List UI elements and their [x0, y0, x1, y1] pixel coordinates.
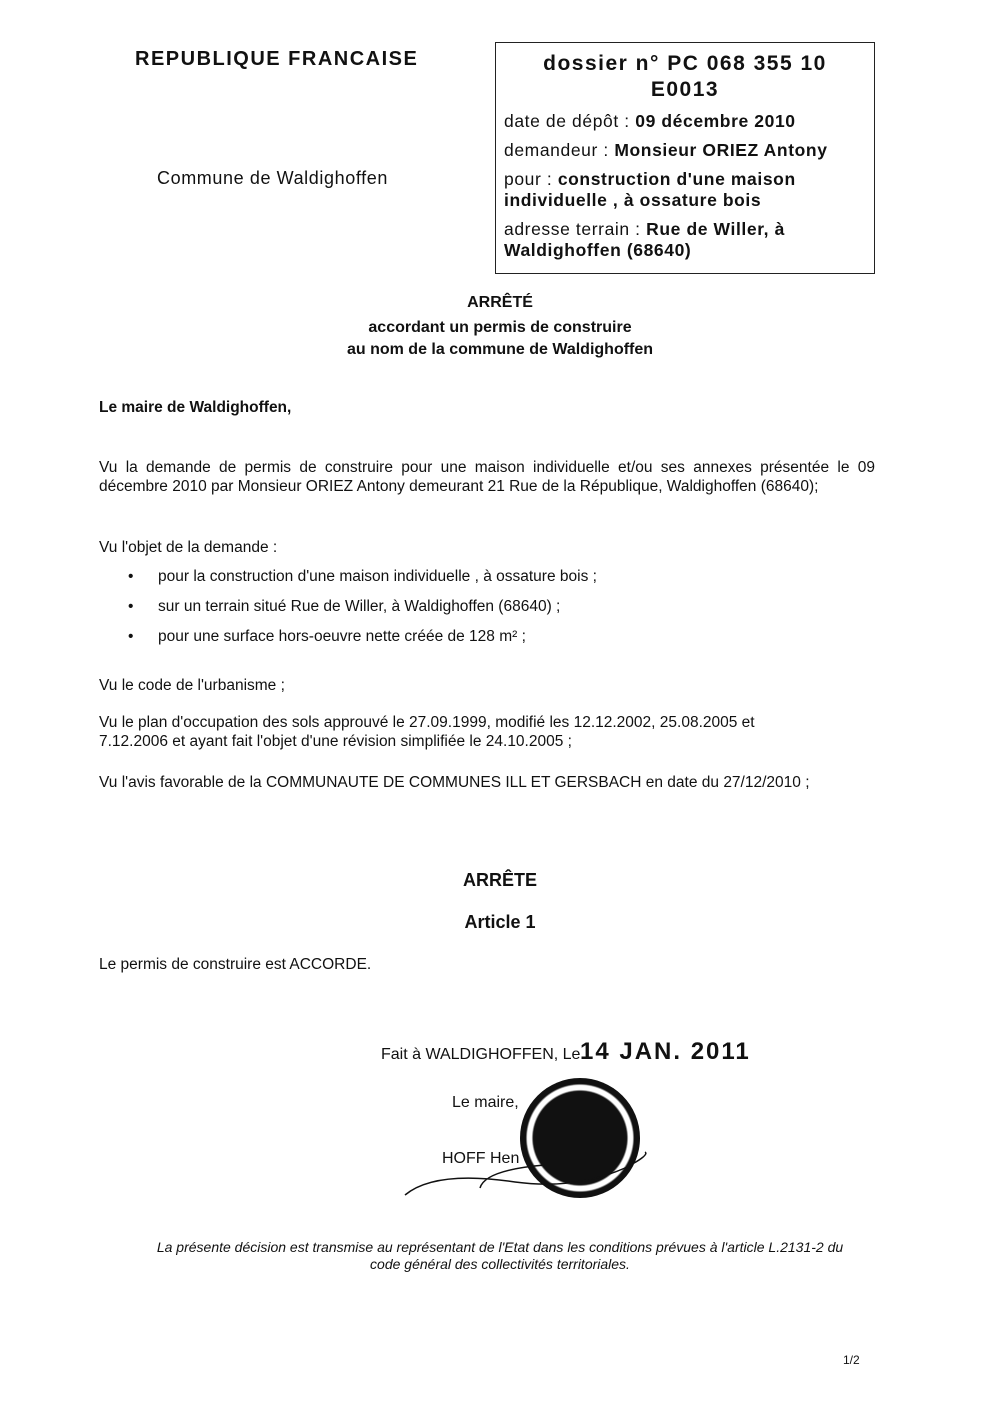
- le-maire: Le maire,: [452, 1094, 519, 1112]
- pour-label: pour :: [504, 169, 558, 189]
- date-depot-row: date de dépôt : 09 décembre 2010: [496, 111, 874, 132]
- arrete-title: ARRÊTÉ: [0, 293, 1000, 312]
- article-1-heading: Article 1: [0, 912, 1000, 933]
- demandeur-value: Monsieur ORIEZ Antony: [614, 140, 827, 160]
- dossier-box: dossier n° PC 068 355 10 E0013 date de d…: [495, 42, 875, 274]
- vu-objet: Vu l'objet de la demande :: [99, 538, 875, 557]
- arrete-subtitle-1: accordant un permis de construire: [0, 318, 1000, 337]
- vu-avis: Vu l'avis favorable de la COMMUNAUTE DE …: [99, 773, 875, 792]
- dossier-number: dossier n° PC 068 355 10 E0013: [496, 51, 874, 103]
- demandeur-label: demandeur :: [504, 140, 614, 160]
- bullet-icon: •: [128, 568, 133, 586]
- dossier-number-line1: dossier n° PC 068 355 10: [496, 51, 874, 77]
- vu-demande: Vu la demande de permis de construire po…: [99, 458, 875, 496]
- vu-code: Vu le code de l'urbanisme ;: [99, 676, 875, 695]
- adresse-label: adresse terrain :: [504, 219, 646, 239]
- page-number: 1/2: [843, 1353, 860, 1367]
- commune-name: Commune de Waldighoffen: [157, 168, 388, 189]
- date-stamp: 14 JAN. 2011: [580, 1038, 751, 1066]
- footer-line-1: La présente décision est transmise au re…: [0, 1238, 1000, 1256]
- arrete-subtitle-2: au nom de la commune de Waldighoffen: [0, 340, 1000, 359]
- list-item: pour la construction d'une maison indivi…: [158, 568, 597, 586]
- fait-a: Fait à WALDIGHOFFEN, Le: [381, 1046, 580, 1064]
- demandeur-row: demandeur : Monsieur ORIEZ Antony: [496, 140, 874, 161]
- date-depot-value: 09 décembre 2010: [635, 111, 795, 131]
- maire-heading: Le maire de Waldighoffen,: [99, 398, 875, 417]
- adresse-row: adresse terrain : Rue de Willer, à Waldi…: [496, 219, 874, 261]
- dossier-number-line2: E0013: [496, 77, 874, 103]
- list-item: sur un terrain situé Rue de Willer, à Wa…: [158, 598, 560, 616]
- footer-line-2: code général des collectivités territori…: [0, 1255, 1000, 1273]
- arrete-heading: ARRÊTE: [0, 870, 1000, 891]
- republique-francaise-heading: REPUBLIQUE FRANCAISE: [135, 48, 418, 71]
- pour-row: pour : construction d'une maison individ…: [496, 169, 874, 211]
- vu-plan: Vu le plan d'occupation des sols approuv…: [99, 713, 779, 751]
- list-item: pour une surface hors-oeuvre nette créée…: [158, 628, 526, 646]
- bullet-icon: •: [128, 628, 133, 646]
- bullet-icon: •: [128, 598, 133, 616]
- date-depot-label: date de dépôt :: [504, 111, 635, 131]
- decision-text: Le permis de construire est ACCORDE.: [99, 955, 875, 974]
- signature-icon: [395, 1150, 695, 1200]
